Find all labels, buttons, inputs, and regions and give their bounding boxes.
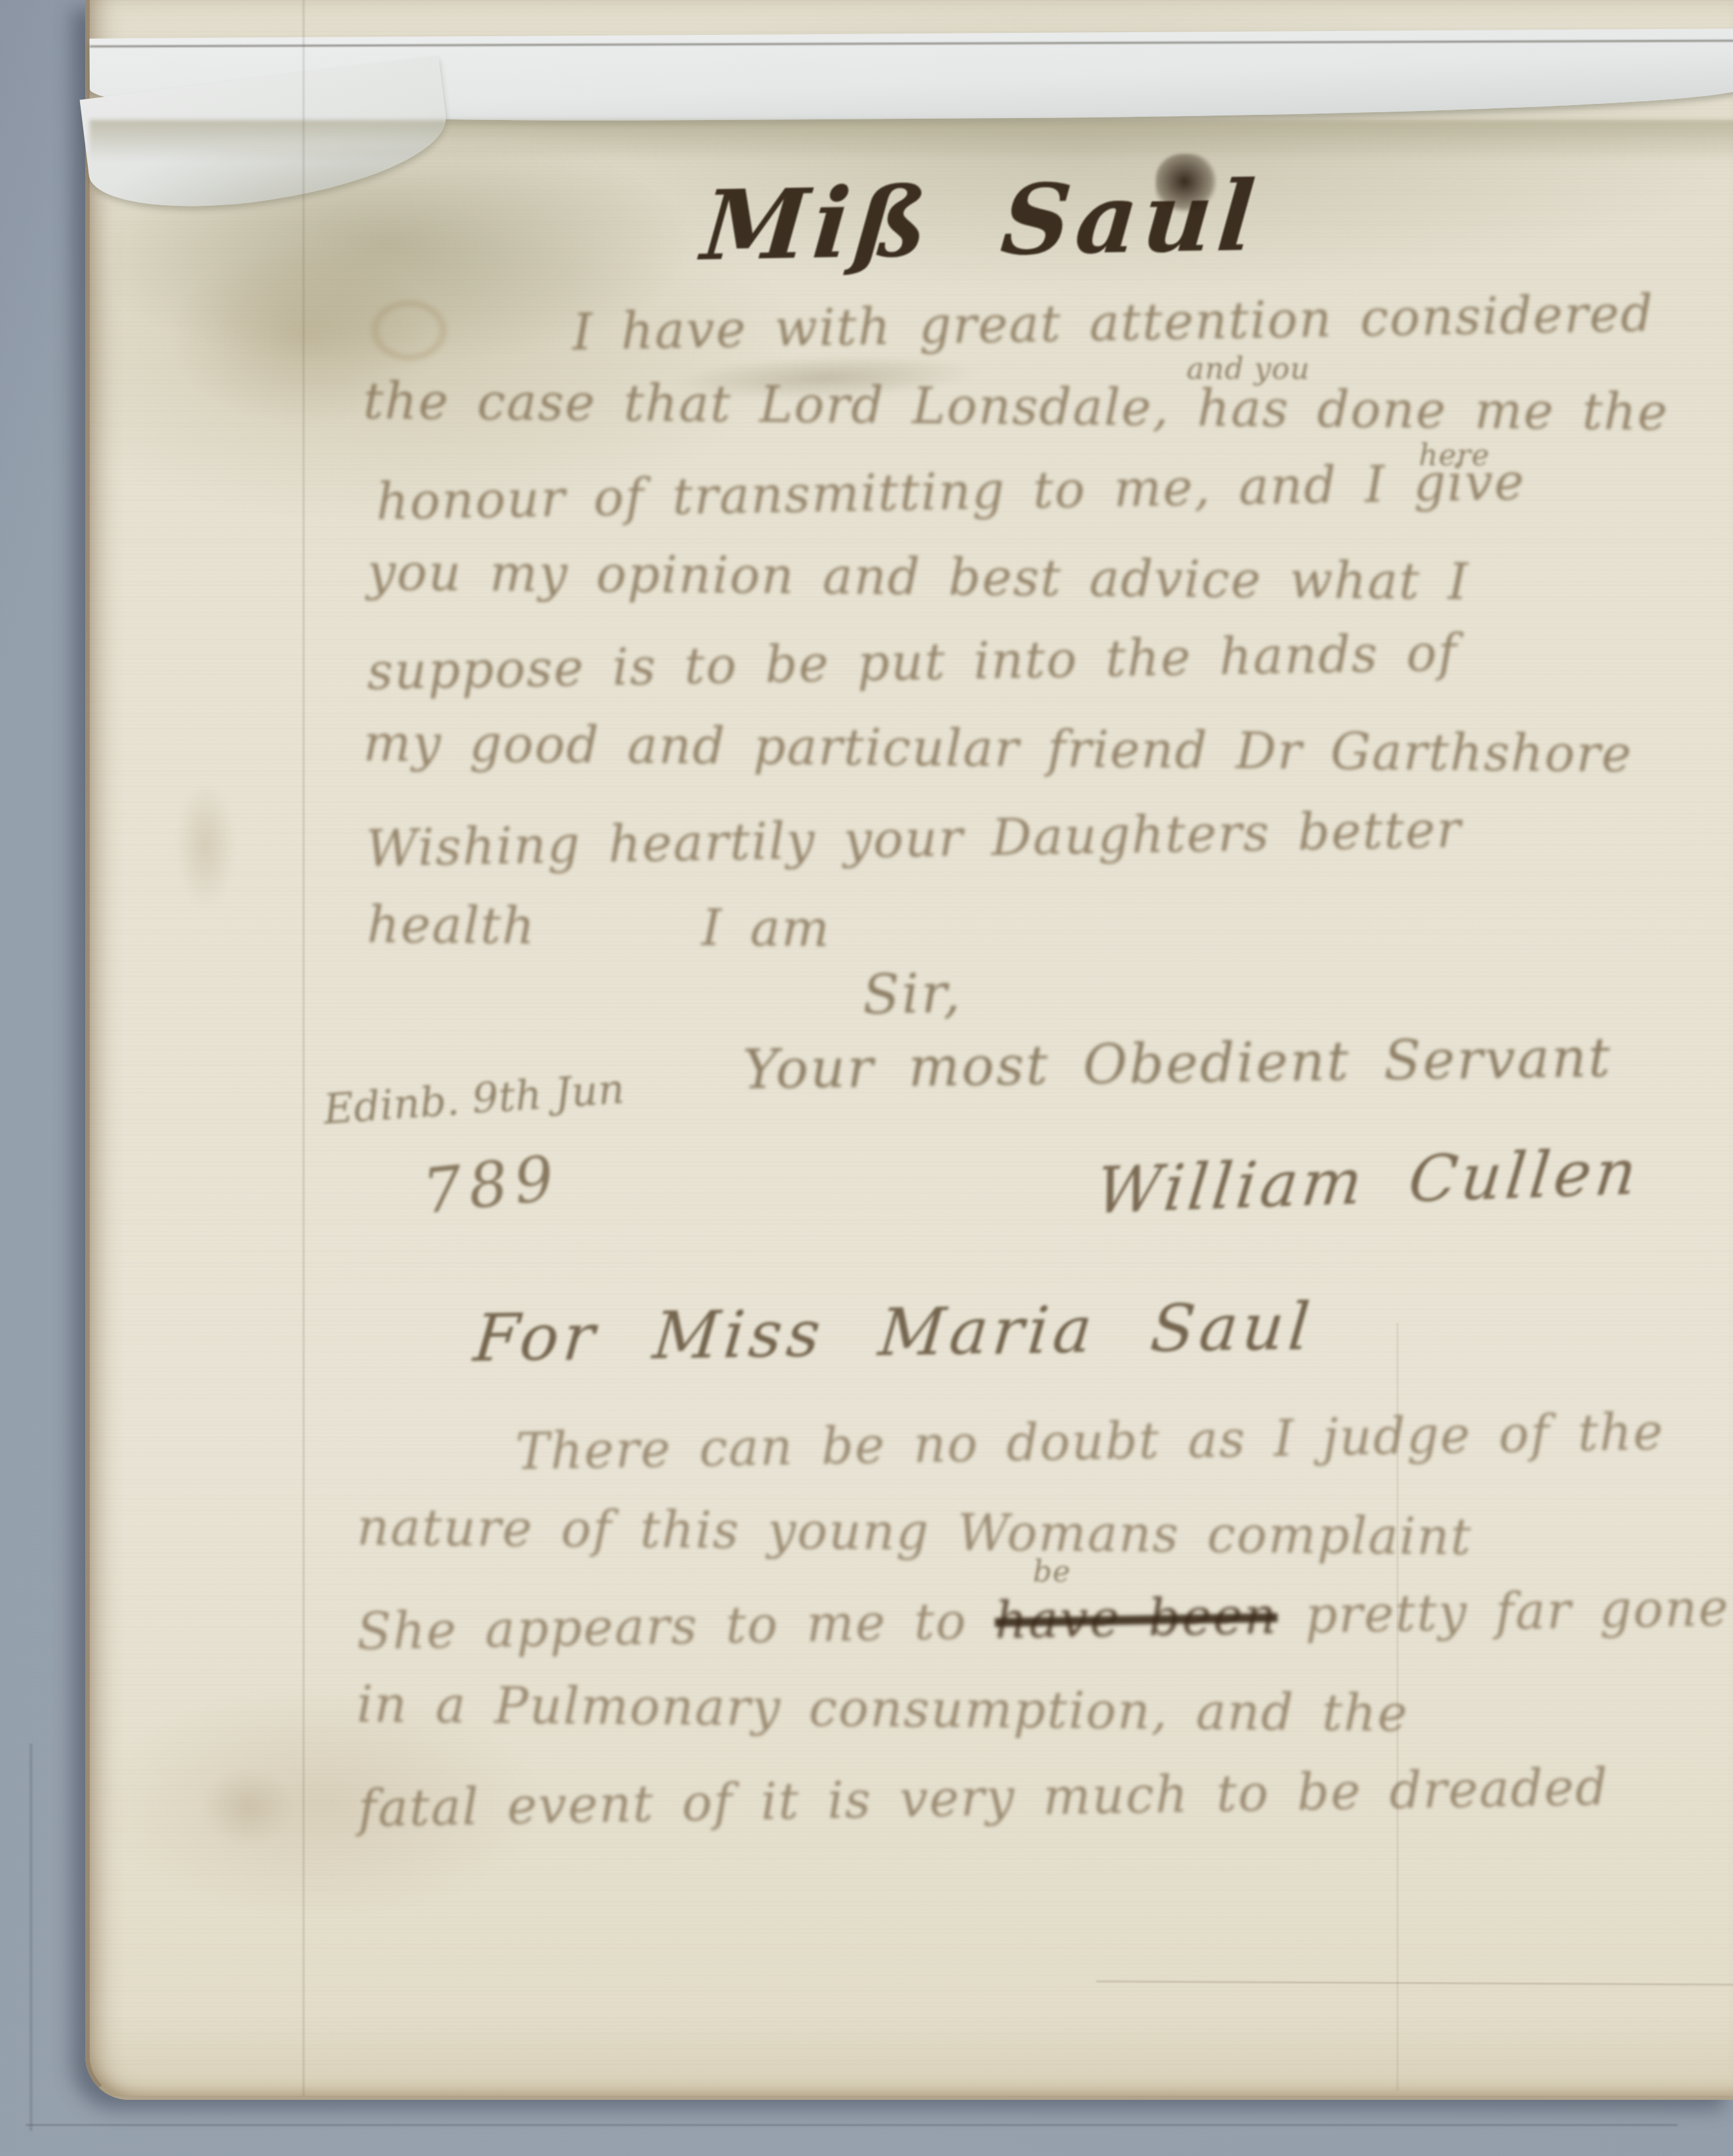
closing-salute: Sir, (862, 965, 963, 1022)
paragraph2-strike-line: She appears to me to have been pretty fa… (356, 1583, 1730, 1657)
struck-out-word: have been (994, 1587, 1278, 1651)
vertical-fold-line (303, 0, 305, 2096)
interlinear-insertion: be (1033, 1557, 1071, 1586)
paragraph1-line: suppose is to be put into the hands of (366, 628, 1458, 697)
corner-stain (186, 1755, 309, 1859)
signature: William Cullen (1093, 1140, 1643, 1223)
paragraph1-line: you my opinion and best advice what I (367, 548, 1470, 608)
bottom-crease-line (1096, 1980, 1733, 1985)
paragraph2-line: fatal event of it is very much to be dre… (357, 1762, 1608, 1835)
interlinear-insertion: here (1419, 440, 1490, 470)
paragraph2-line: nature of this young Womans complaint (357, 1502, 1472, 1562)
paragraph1-line: the case that Lord Lonsdale, has done me… (363, 376, 1669, 438)
paragraph1-line: honour of transmitting to me, and I give (376, 457, 1525, 527)
closing-servant-line: Your most Obedient Servant (742, 1031, 1612, 1097)
strike-line-post: pretty far gone (1277, 1579, 1730, 1645)
interlinear-insertion: and you (1187, 354, 1310, 383)
letter-page: Miß Saul I have with great attention con… (85, 0, 1733, 2100)
paragraph2-line: in a Pulmonary consumption, and the (357, 1680, 1409, 1739)
date-place: Edinb. 9th Jun (322, 1069, 625, 1131)
manuscript-scan: Miß Saul I have with great attention con… (0, 0, 1733, 2156)
letter-title: Miß Saul (699, 168, 1263, 273)
backing-crease-line-vertical (30, 1744, 32, 2131)
paragraph2-line: There can be no doubt as I judge of the (515, 1407, 1665, 1477)
ring-stain (361, 292, 457, 369)
case-heading: For Miss Maria Saul (472, 1295, 1317, 1371)
date-year: 789 (420, 1147, 563, 1223)
strike-line-pre: She appears to me to (356, 1592, 995, 1661)
backing-crease-line (26, 2124, 1678, 2126)
paragraph1-line: health I am (367, 900, 831, 954)
paragraph1-line: Wishing heartily your Daughters better (365, 805, 1462, 874)
paragraph1-line: my good and particular friend Dr Garthsh… (363, 718, 1633, 780)
edge-stain (167, 761, 245, 929)
